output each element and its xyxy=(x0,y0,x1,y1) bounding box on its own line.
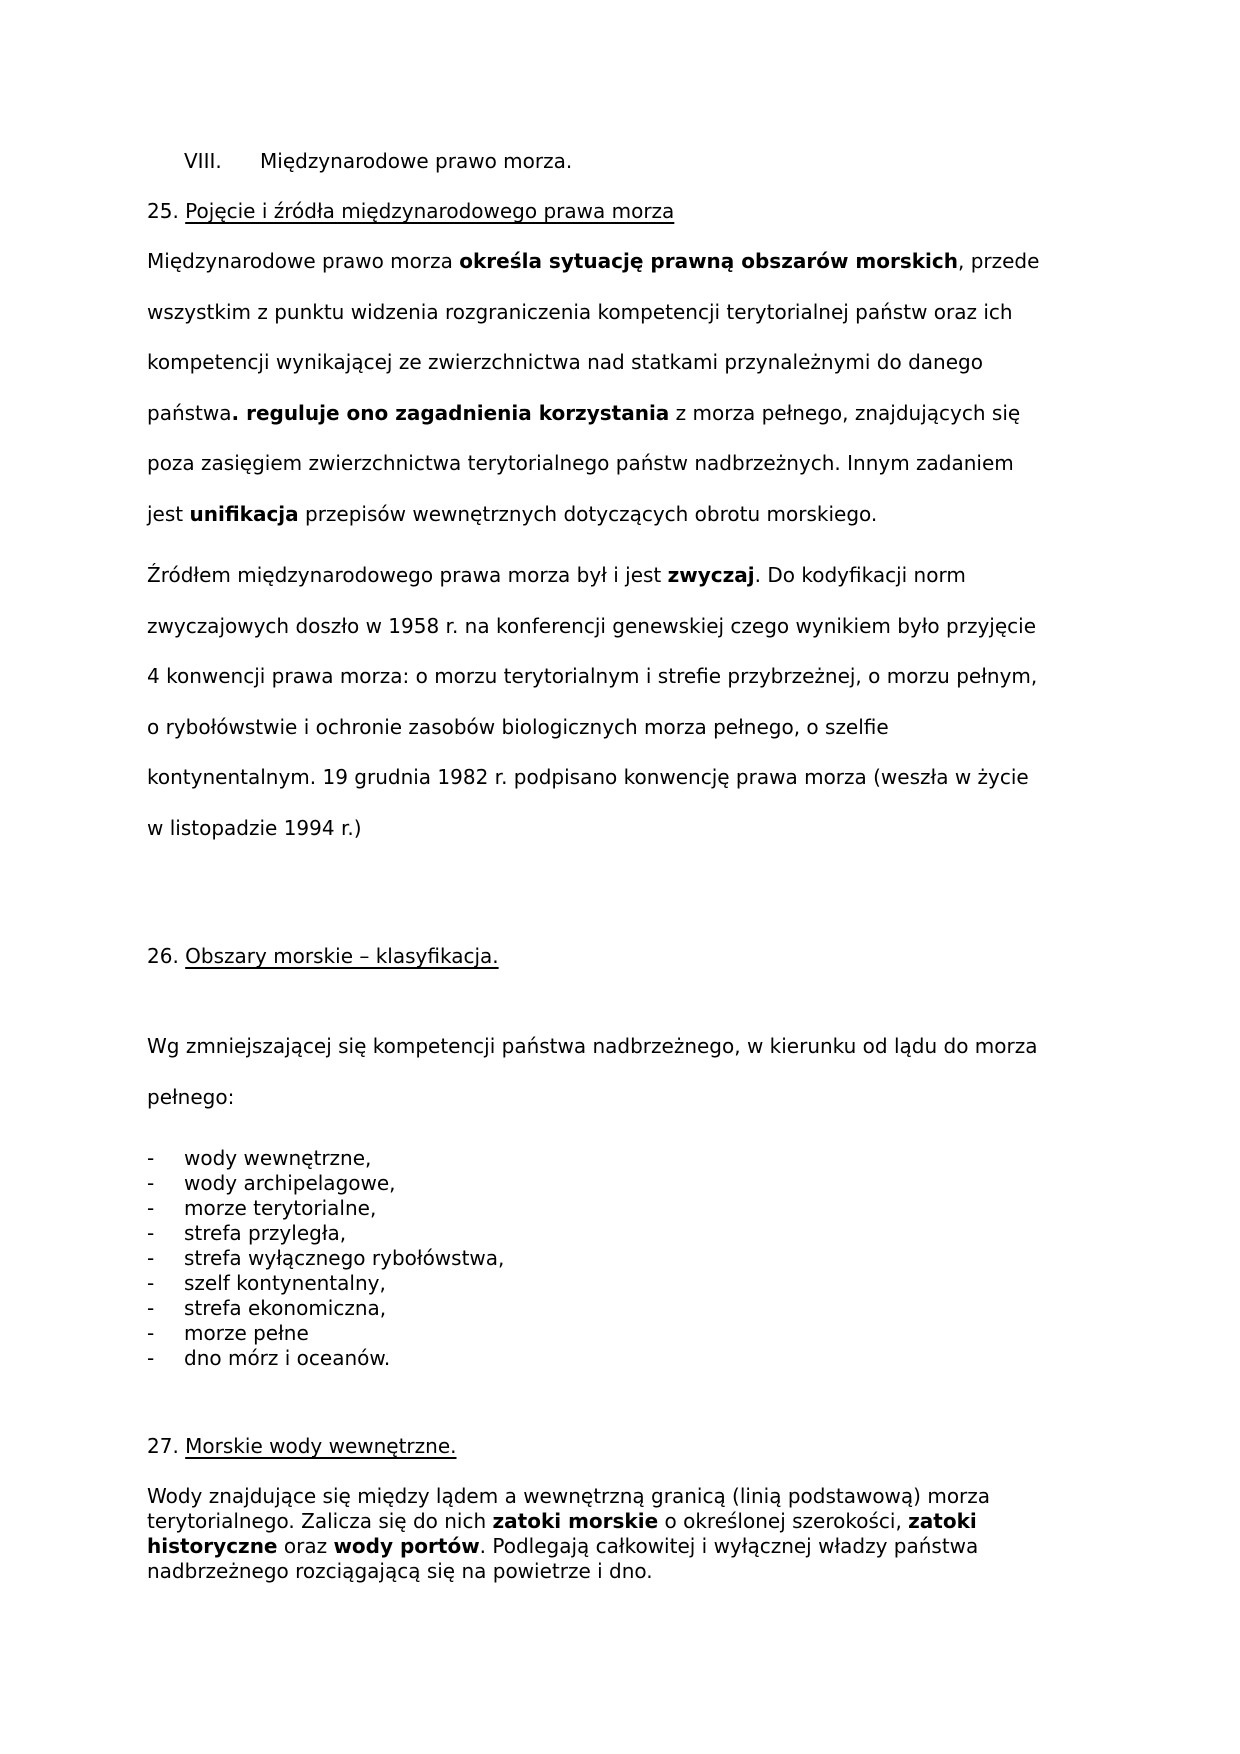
bold-text: unifikacja xyxy=(189,502,298,526)
text-run: w listopadzie 1994 r.) xyxy=(147,816,362,840)
list-item: morze terytorialne, xyxy=(184,1196,376,1220)
list-item: morze pełne xyxy=(184,1321,309,1345)
paragraph-line: Źródłem międzynarodowego prawa morza był… xyxy=(147,563,966,587)
text-run: , przede xyxy=(958,249,1039,273)
text-run: zwyczajowych doszło w 1958 r. na konfere… xyxy=(147,614,1036,638)
section-title: Pojęcie i źródła międzynarodowego prawa … xyxy=(185,199,674,223)
list-item: strefa ekonomiczna, xyxy=(184,1296,386,1320)
paragraph-line: nadbrzeżnego rozciągającą się na powietr… xyxy=(147,1559,653,1583)
bold-text: . reguluje ono zagadnienia korzystania xyxy=(232,401,670,425)
section-25-heading: 25. Pojęcie i źródła międzynarodowego pr… xyxy=(147,199,674,223)
section-title: Obszary morskie – klasyfikacja. xyxy=(185,944,498,968)
bullet-dash: - xyxy=(147,1246,154,1270)
section-number: 26. xyxy=(147,944,179,968)
text-run: państwa xyxy=(147,401,232,425)
bullet-dash: - xyxy=(147,1296,154,1320)
bold-text: zatoki morskie xyxy=(493,1509,659,1533)
paragraph-line: kompetencji wynikającej ze zwierzchnictw… xyxy=(147,350,983,374)
text-run: terytorialnego. Zalicza się do nich xyxy=(147,1509,493,1533)
chapter-title: Międzynarodowe prawo morza. xyxy=(260,149,572,173)
text-run: pełnego: xyxy=(147,1085,234,1109)
section-number: 27. xyxy=(147,1434,179,1458)
paragraph-line: w listopadzie 1994 r.) xyxy=(147,816,362,840)
text-run: kontynentalnym. 19 grudnia 1982 r. podpi… xyxy=(147,765,1029,789)
text-run: przepisów wewnętrznych dotyczących obrot… xyxy=(299,502,878,526)
paragraph-line: o rybołówstwie i ochronie zasobów biolog… xyxy=(147,715,889,739)
bullet-dash: - xyxy=(147,1346,154,1370)
bold-text: zwyczaj xyxy=(668,563,755,587)
list-item: wody wewnętrzne, xyxy=(184,1146,371,1170)
text-run: nadbrzeżnego rozciągającą się na powietr… xyxy=(147,1559,653,1583)
paragraph-line: wszystkim z punktu widzenia rozgraniczen… xyxy=(147,300,1013,324)
text-run: Wg zmniejszającej się kompetencji państw… xyxy=(147,1034,1038,1058)
section-number: 25. xyxy=(147,199,179,223)
bullet-dash: - xyxy=(147,1196,154,1220)
text-run: Międzynarodowe prawo morza xyxy=(147,249,459,273)
text-run: z morza pełnego, znajdujących się xyxy=(669,401,1020,425)
bullet-dash: - xyxy=(147,1221,154,1245)
bullet-dash: - xyxy=(147,1321,154,1345)
text-run: oraz xyxy=(278,1534,334,1558)
list-item: dno mórz i oceanów. xyxy=(184,1346,390,1370)
bold-text: zatoki xyxy=(908,1509,977,1533)
paragraph-line: 4 konwencji prawa morza: o morzu terytor… xyxy=(147,664,1037,688)
paragraph-line: Wody znajdujące się między lądem a wewnę… xyxy=(147,1484,990,1508)
text-run: jest xyxy=(147,502,189,526)
section-title: Morskie wody wewnętrzne. xyxy=(185,1434,456,1458)
paragraph-line: poza zasięgiem zwierzchnictwa terytorial… xyxy=(147,451,1014,475)
bullet-dash: - xyxy=(147,1271,154,1295)
bullet-dash: - xyxy=(147,1146,154,1170)
paragraph-line: terytorialnego. Zalicza się do nich zato… xyxy=(147,1509,977,1533)
text-run: o określonej szerokości, xyxy=(658,1509,908,1533)
text-run: o rybołówstwie i ochronie zasobów biolog… xyxy=(147,715,889,739)
section-27-heading: 27. Morskie wody wewnętrzne. xyxy=(147,1434,457,1458)
paragraph-line: państwa. reguluje ono zagadnienia korzys… xyxy=(147,401,1020,425)
text-run: 4 konwencji prawa morza: o morzu terytor… xyxy=(147,664,1037,688)
section-26-heading: 26. Obszary morskie – klasyfikacja. xyxy=(147,944,499,968)
text-run: wszystkim z punktu widzenia rozgraniczen… xyxy=(147,300,1013,324)
bold-text: historyczne xyxy=(147,1534,278,1558)
text-run: . Do kodyfikacji norm xyxy=(755,563,966,587)
paragraph-line: pełnego: xyxy=(147,1085,234,1109)
text-run: Źródłem międzynarodowego prawa morza był… xyxy=(147,563,668,587)
chapter-numeral: VIII. xyxy=(184,149,222,173)
paragraph-line: Międzynarodowe prawo morza określa sytua… xyxy=(147,249,1039,273)
paragraph-line: jest unifikacja przepisów wewnętrznych d… xyxy=(147,502,877,526)
bullet-dash: - xyxy=(147,1171,154,1195)
text-run: poza zasięgiem zwierzchnictwa terytorial… xyxy=(147,451,1014,475)
list-item: strefa wyłącznego rybołówstwa, xyxy=(184,1246,504,1270)
paragraph-line: zwyczajowych doszło w 1958 r. na konfere… xyxy=(147,614,1036,638)
text-run: kompetencji wynikającej ze zwierzchnictw… xyxy=(147,350,983,374)
text-run: Wody znajdujące się między lądem a wewnę… xyxy=(147,1484,990,1508)
text-run: . Podlegają całkowitej i wyłącznej władz… xyxy=(480,1534,979,1558)
list-item: strefa przyległa, xyxy=(184,1221,346,1245)
paragraph-line: kontynentalnym. 19 grudnia 1982 r. podpi… xyxy=(147,765,1029,789)
paragraph-line: historyczne oraz wody portów. Podlegają … xyxy=(147,1534,978,1558)
list-item: wody archipelagowe, xyxy=(184,1171,396,1195)
bold-text: określa sytuację prawną obszarów morskic… xyxy=(459,249,958,273)
list-item: szelf kontynentalny, xyxy=(184,1271,386,1295)
paragraph-line: Wg zmniejszającej się kompetencji państw… xyxy=(147,1034,1038,1058)
bold-text: wody portów xyxy=(333,1534,479,1558)
